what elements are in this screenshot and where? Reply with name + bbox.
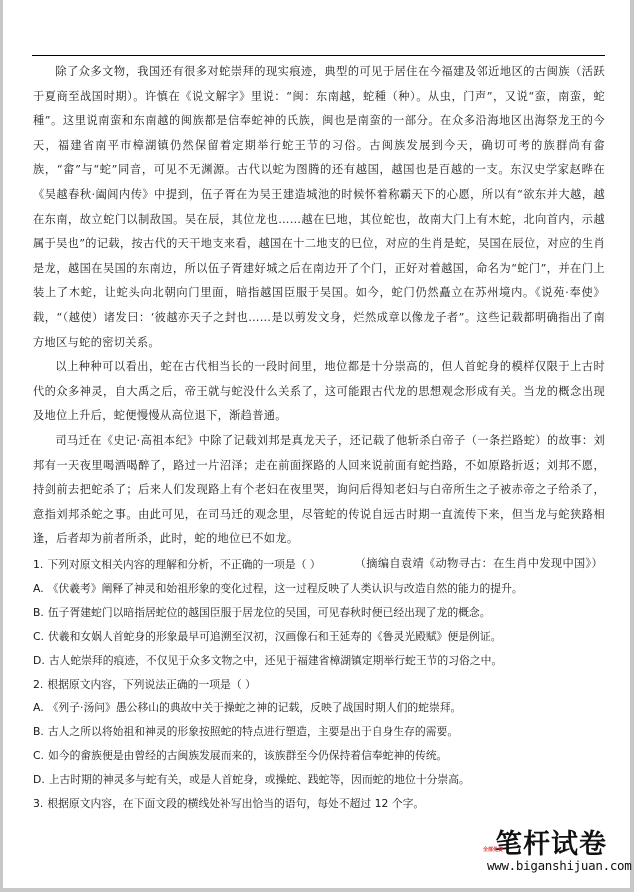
option-text: 《列子·汤问》愚公移山的典故中关于操蛇之神的记载，反映了战国时期人们的蛇崇拜。	[48, 701, 462, 714]
question-1-option-a: A.《伏羲考》阐释了神灵和始祖形象的变化过程，这一过程反映了人类认识与改造自然的…	[33, 577, 605, 601]
question-2-stem: 2.根据原文内容，下列说法正确的一项是（ ）	[33, 673, 605, 697]
question-number: 2.	[33, 673, 43, 697]
option-label: C.	[33, 625, 44, 649]
option-label: C.	[33, 744, 44, 768]
option-label: A.	[33, 696, 44, 720]
question-1-option-d: D.古人蛇崇拜的痕迹，不仅见于众多文物之中，还见于福建省樟湖镇定期举行蛇王节的习…	[33, 649, 605, 673]
question-text: 根据原文内容，在下面文段的横线处补写出恰当的语句，每处不超过 12 个字。	[47, 797, 424, 810]
option-text: 伏羲和女娲人首蛇身的形象最早可追溯至汉初，汉画像石和王延寿的《鲁灵光殿赋》便是例…	[48, 630, 501, 643]
option-label: A.	[33, 577, 44, 601]
question-2-option-c: C.如今的畲族便是由曾经的古闽族发展而来的，该族群至今仍保持着信奉蛇神的传统。	[33, 744, 605, 768]
reading-passage: 除了众多文物，我国还有很多对蛇崇拜的现实痕迹，典型的可见于居住在今福建及邻近地区…	[33, 60, 605, 576]
watermark-url: www.biganshijuan.com	[487, 858, 632, 873]
document-page: 除了众多文物，我国还有很多对蛇崇拜的现实痕迹，典型的可见于居住在今福建及邻近地区…	[3, 0, 630, 888]
watermark-badge: 全部免费	[483, 846, 503, 853]
option-text: 古人之所以将始祖和神灵的形象按照蛇的特点进行塑造，主要是出于自身生存的需要。	[48, 725, 458, 738]
option-label: B.	[33, 601, 44, 625]
site-watermark: 笔杆试卷 全部免费 www.biganshijuan.com	[483, 822, 633, 882]
option-label: D.	[33, 768, 45, 792]
question-list: 1.下列对原文相关内容的理解和分析，不正确的一项是（ ） A.《伏羲考》阐释了神…	[33, 553, 605, 816]
passage-paragraph-1: 除了众多文物，我国还有很多对蛇崇拜的现实痕迹，典型的可见于居住在今福建及邻近地区…	[33, 60, 605, 355]
question-number: 3.	[33, 792, 43, 816]
question-3-stem: 3.根据原文内容，在下面文段的横线处补写出恰当的语句，每处不超过 12 个字。	[33, 792, 605, 816]
question-1-option-c: C.伏羲和女娲人首蛇身的形象最早可追溯至汉初，汉画像石和王延寿的《鲁灵光殿赋》便…	[33, 625, 605, 649]
question-2-option-d: D.上古时期的神灵多与蛇有关，或是人首蛇身，或操蛇、践蛇等，因而蛇的地位十分崇高…	[33, 768, 605, 792]
option-text: 上古时期的神灵多与蛇有关，或是人首蛇身，或操蛇、践蛇等，因而蛇的地位十分崇高。	[49, 773, 470, 786]
option-text: 古人蛇崇拜的痕迹，不仅见于众多文物之中，还见于福建省樟湖镇定期举行蛇王节的习俗之…	[49, 654, 502, 667]
passage-paragraph-3: 司马迁在《史记·高祖本纪》中除了记载刘邦是真龙天子，还记载了他斩杀白帝子（一条拦…	[33, 429, 605, 552]
header-rule	[32, 55, 605, 56]
watermark-title: 笔杆试卷	[495, 822, 607, 861]
question-1-stem: 1.下列对原文相关内容的理解和分析，不正确的一项是（ ）	[33, 553, 605, 577]
option-text: 伍子胥建蛇门以暗指居蛇位的越国臣服于居龙位的吴国，可见春秋时便已经出现了龙的概念…	[48, 606, 491, 619]
option-text: 如今的畲族便是由曾经的古闽族发展而来的，该族群至今仍保持着信奉蛇神的传统。	[48, 749, 447, 762]
question-1-option-b: B.伍子胥建蛇门以暗指居蛇位的越国臣服于居龙位的吴国，可见春秋时便已经出现了龙的…	[33, 601, 605, 625]
option-label: D.	[33, 649, 45, 673]
question-2-option-a: A.《列子·汤问》愚公移山的典故中关于操蛇之神的记载，反映了战国时期人们的蛇崇拜…	[33, 696, 605, 720]
passage-paragraph-2: 以上种种可以看出，蛇在古代相当长的一段时间里，地位都是十分崇高的，但人首蛇身的模…	[33, 355, 605, 429]
option-text: 《伏羲考》阐释了神灵和始祖形象的变化过程，这一过程反映了人类认识与改造自然的能力…	[48, 582, 523, 595]
question-text: 根据原文内容，下列说法正确的一项是（ ）	[47, 678, 256, 691]
question-2-option-b: B.古人之所以将始祖和神灵的形象按照蛇的特点进行塑造，主要是出于自身生存的需要。	[33, 720, 605, 744]
question-text: 下列对原文相关内容的理解和分析，不正确的一项是（ ）	[47, 558, 320, 571]
option-label: B.	[33, 720, 44, 744]
question-number: 1.	[33, 553, 43, 577]
